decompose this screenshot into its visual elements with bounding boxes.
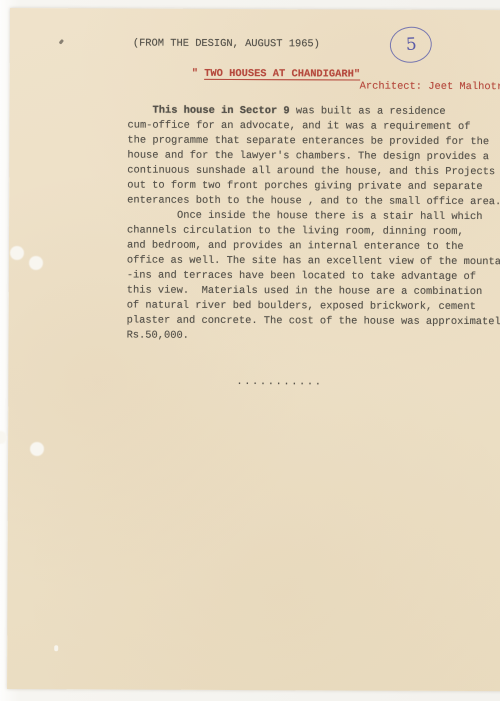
body-line: the programme that separate enterances b… xyxy=(127,134,489,151)
section-separator-dots: ........... xyxy=(236,375,322,390)
body-line: -ins and terraces have been located to t… xyxy=(127,269,476,286)
title-open-quote: " xyxy=(192,68,205,80)
body-line: Once inside the house there is a stair h… xyxy=(127,209,482,226)
architect-byline: Architect: Jeet Malhotra xyxy=(360,80,500,96)
handwritten-page-number-circle: 5 xyxy=(388,25,433,65)
body-line: enterances both to the house , and to th… xyxy=(127,194,500,211)
body-line: This house in Sector 9 was built as a re… xyxy=(128,104,446,120)
body-line-bold-lead: This house in Sector 9 xyxy=(128,105,290,118)
body-line: house and for the lawyer's chambers. The… xyxy=(127,149,489,166)
body-line: out to form two front porches giving pri… xyxy=(127,179,482,196)
scanned-document: (FROM THE DESIGN, AUGUST 1965) 5 " TWO H… xyxy=(0,0,500,701)
source-note: (FROM THE DESIGN, AUGUST 1965) xyxy=(133,37,320,53)
body-line: of natural river bed boulders, exposed b… xyxy=(127,299,476,316)
body-line: channels circulation to the living room,… xyxy=(127,224,464,240)
punch-hole xyxy=(29,256,43,270)
body-line: plaster and concrete. The cost of the ho… xyxy=(127,314,500,331)
document-page: (FROM THE DESIGN, AUGUST 1965) 5 " TWO H… xyxy=(7,8,500,691)
document-title: " TWO HOUSES AT CHANDIGARH" xyxy=(192,67,360,83)
body-line: Rs.50,000. xyxy=(127,329,189,344)
punch-hole xyxy=(30,442,44,456)
punch-hole xyxy=(10,246,24,260)
body-line-lead-rest: was built as a residence xyxy=(290,105,446,118)
page-number: 5 xyxy=(405,35,417,55)
body-line: this view. Materials used in the house a… xyxy=(127,284,482,301)
body-line: continuous sunshade all around the house… xyxy=(127,164,495,181)
title-text: TWO HOUSES AT CHANDIGARH" xyxy=(204,68,360,81)
punch-hole xyxy=(0,431,7,444)
body-line: office as well. The site has an excellen… xyxy=(127,254,500,271)
body-line: cum-office for an advocate, and it was a… xyxy=(127,119,470,135)
body-line: and bedroom, and provides an internal en… xyxy=(127,239,464,255)
paper-speck xyxy=(59,39,65,45)
paper-speck xyxy=(54,645,58,651)
